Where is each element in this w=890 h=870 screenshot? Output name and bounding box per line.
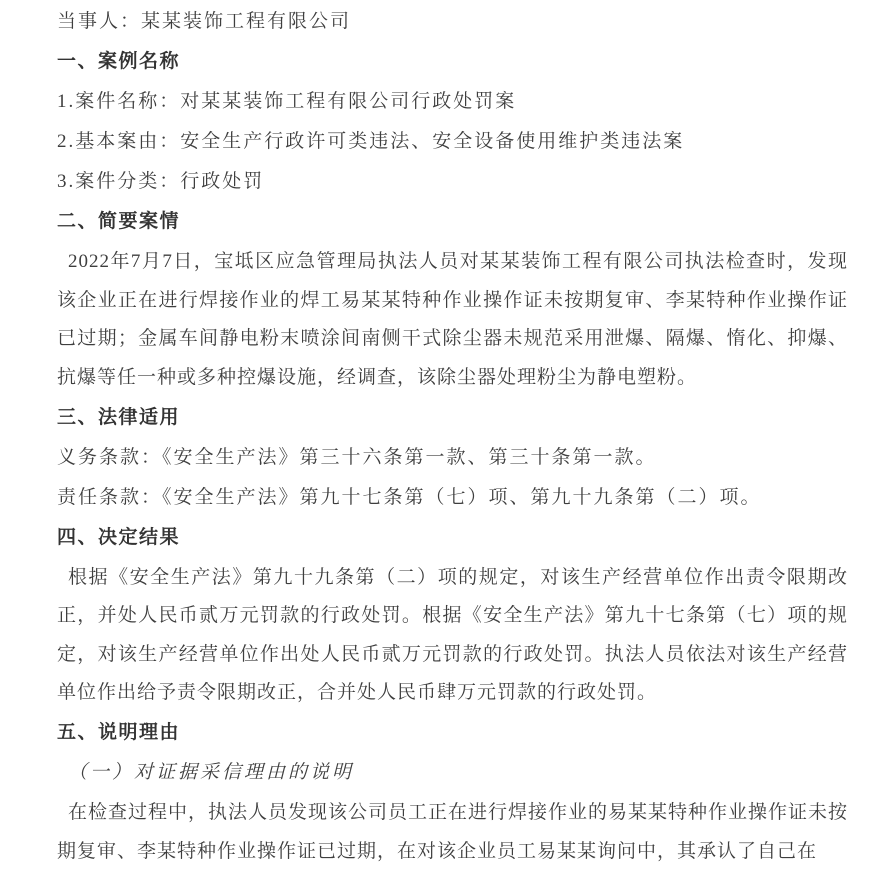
obligation-clause-line: 义务条款：《安全生产法》第三十六条第一款、第三十条第一款。 [57,439,848,478]
party-line: 当事人：某某装饰工程有限公司 [57,3,848,42]
section-three-heading: 三、法律适用 [57,399,848,438]
evidence-reason-subheading: （一）对证据采信理由的说明 [57,754,848,793]
section-five-heading: 五、说明理由 [57,714,848,753]
case-name-item: 1.案件名称：对某某装饰工程有限公司行政处罚案 [57,83,848,122]
section-one-heading: 一、案例名称 [57,43,848,82]
brief-facts-paragraph: 2022年7月7日，宝坻区应急管理局执法人员对某某装饰工程有限公司执法检查时，发… [57,243,848,397]
case-category-item: 3.案件分类：行政处罚 [57,163,848,202]
inspection-process-paragraph: 在检查过程中，执法人员发现该公司员工正在进行焊接作业的易某某特种作业操作证未按期… [57,794,848,870]
case-cause-item: 2.基本案由：安全生产行政许可类违法、安全设备使用维护类违法案 [57,123,848,162]
case-document-page: 当事人：某某装饰工程有限公司 一、案例名称 1.案件名称：对某某装饰工程有限公司… [0,0,890,870]
decision-result-paragraph: 根据《安全生产法》第九十九条第（二）项的规定，对该生产经营单位作出责令限期改正，… [57,559,848,713]
section-two-heading: 二、简要案情 [57,203,848,242]
liability-clause-line: 责任条款：《安全生产法》第九十七条第（七）项、第九十九条第（二）项。 [57,479,848,518]
section-four-heading: 四、决定结果 [57,519,848,558]
